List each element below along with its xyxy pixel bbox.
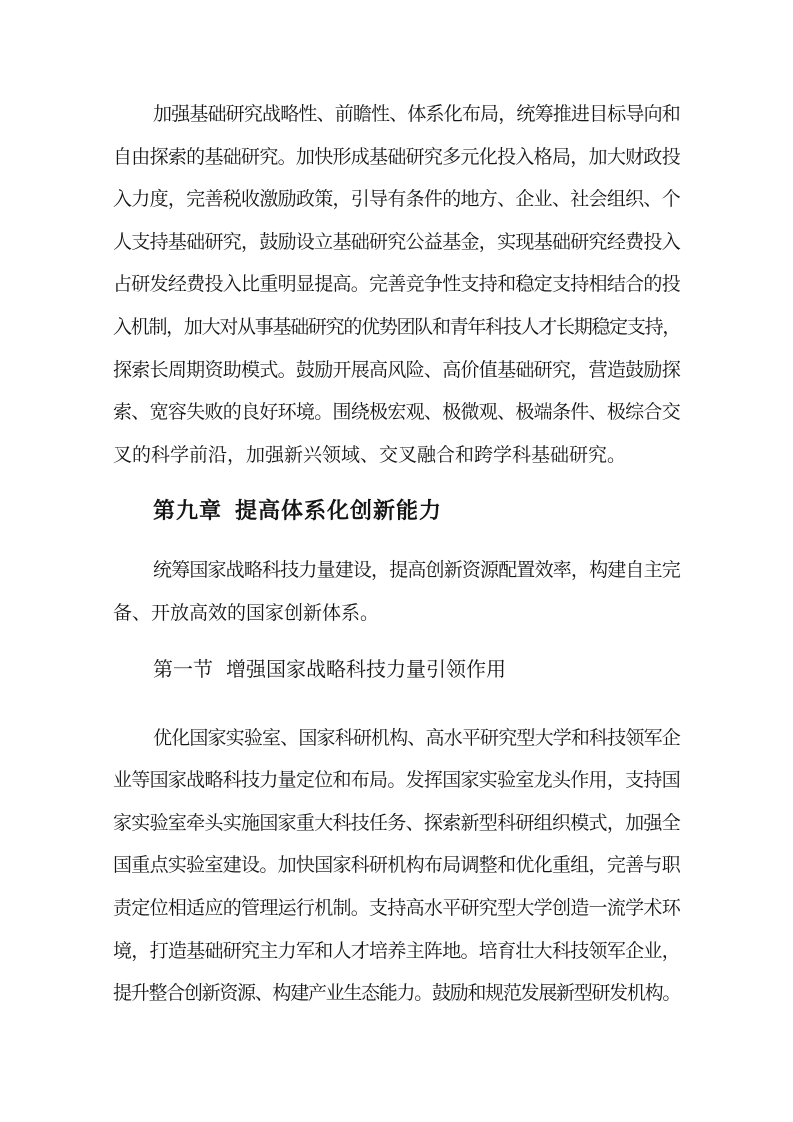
text-line: 境，打造基础研究主力军和人才培养主阵地。培育壮大科技领军企业， [113, 931, 680, 974]
text-line: 国重点实验室建设。加快国家科研机构布局调整和优化重组，完善与职 [113, 845, 680, 888]
paragraph-innovation-system: 统筹国家战略科技力量建设，提高创新资源配置效率，构建自主完备、开放高效的国家创新… [113, 550, 680, 635]
text-line: 人支持基础研究，鼓励设立基础研究公益基金，实现基础研究经费投入 [113, 222, 680, 265]
paragraph-basic-research: 加强基础研究战略性、前瞻性、体系化布局，统筹推进目标导向和自由探索的基础研究。加… [113, 94, 680, 477]
text-line: 入力度，完善税收激励政策，引导有条件的地方、企业、社会组织、个 [113, 179, 680, 222]
paragraph-strategic-forces: 优化国家实验室、国家科研机构、高水平研究型大学和科技领军企业等国家战略科技力量定… [113, 718, 680, 1016]
text-line: 备、开放高效的国家创新体系。 [113, 593, 680, 636]
text-line: 入机制，加大对从事基础研究的优势团队和青年科技人才长期稳定支持， [113, 307, 680, 350]
chapter-number: 第九章 [153, 498, 222, 523]
text-line: 优化国家实验室、国家科研机构、高水平研究型大学和科技领军企 [113, 718, 680, 761]
text-line: 占研发经费投入比重明显提高。完善竞争性支持和稳定支持相结合的投 [113, 264, 680, 307]
text-line: 统筹国家战略科技力量建设，提高创新资源配置效率，构建自主完 [113, 550, 680, 593]
chapter-title: 提高体系化创新能力 [235, 498, 442, 523]
document-page: 加强基础研究战略性、前瞻性、体系化布局，统筹推进目标导向和自由探索的基础研究。加… [0, 0, 793, 1122]
text-line: 探索长周期资助模式。鼓励开展高风险、高价值基础研究，营造鼓励探 [113, 350, 680, 393]
text-line: 索、宽容失败的良好环境。围绕极宏观、极微观、极端条件、极综合交 [113, 392, 680, 435]
section-number: 第一节 [153, 659, 213, 681]
text-line: 叉的科学前沿，加强新兴领域、交叉融合和跨学科基础研究。 [113, 435, 680, 478]
document-body: 加强基础研究战略性、前瞻性、体系化布局，统筹推进目标导向和自由探索的基础研究。加… [113, 0, 680, 1016]
text-line: 业等国家战略科技力量定位和布局。发挥国家实验室龙头作用，支持国 [113, 760, 680, 803]
section-title: 增强国家战略科技力量引领作用 [226, 659, 506, 681]
text-line: 加强基础研究战略性、前瞻性、体系化布局，统筹推进目标导向和 [113, 94, 680, 137]
text-line: 提升整合创新资源、构建产业生态能力。鼓励和规范发展新型研发机构。 [113, 973, 680, 1016]
chapter-heading: 第九章提高体系化创新能力 [113, 489, 680, 532]
text-line: 自由探索的基础研究。加快形成基础研究多元化投入格局，加大财政投 [113, 137, 680, 180]
section-heading: 第一节增强国家战略科技力量引领作用 [113, 649, 680, 692]
text-line: 责定位相适应的管理运行机制。支持高水平研究型大学创造一流学术环 [113, 888, 680, 931]
text-line: 家实验室牵头实施国家重大科技任务、探索新型科研组织模式，加强全 [113, 803, 680, 846]
